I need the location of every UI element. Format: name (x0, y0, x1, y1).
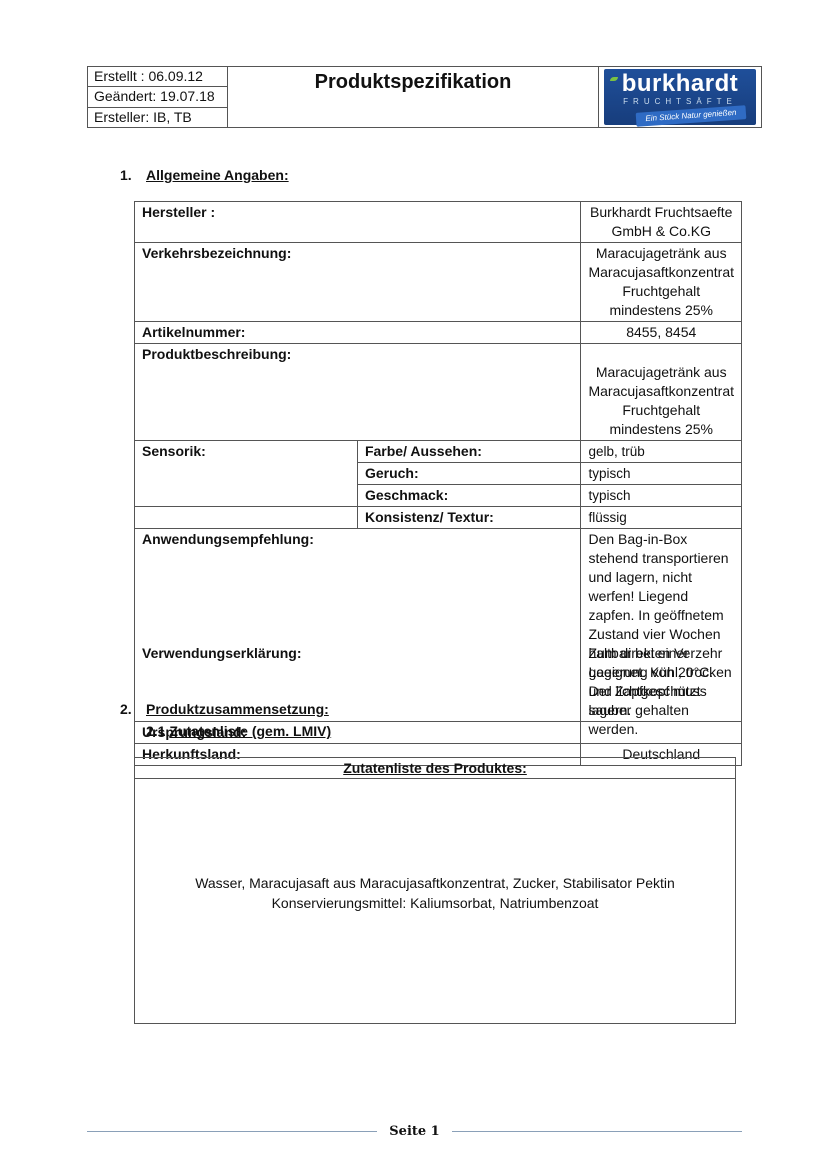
value-artikel: 8455, 8454 (581, 322, 742, 344)
label-hersteller: Hersteller : (135, 202, 581, 243)
section-1-heading: 1.Allgemeine Angaben: (120, 167, 289, 183)
ingredients-line: Konservierungsmittel: Kaliumsorbat, Natr… (135, 893, 735, 913)
value-line: Fruchtgehalt mindestens 25% (588, 401, 734, 439)
subsection-number: 2.1 (146, 723, 165, 739)
section-number: 2. (120, 701, 146, 717)
sensorik-value: gelb, trüb (581, 441, 742, 463)
footer-rule (452, 1131, 742, 1132)
value-hersteller: Burkhardt Fruchtsaefte GmbH & Co.KG (581, 202, 742, 243)
table-row: Hersteller : Burkhardt Fruchtsaefte GmbH… (135, 202, 742, 243)
label-anwendung: Anwendungsempfehlung: (142, 530, 573, 549)
section-2-heading: 2.Produktzusammensetzung: (120, 701, 329, 717)
meta-block: Erstellt : 06.09.12 Geändert: 19.07.18 E… (88, 67, 228, 127)
table-row: Artikelnummer: 8455, 8454 (135, 322, 742, 344)
empty-cell (135, 507, 358, 529)
ingredients-line: Wasser, Maracujasaft aus Maracujasaftkon… (135, 873, 735, 893)
author: Ersteller: IB, TB (88, 108, 227, 127)
logo-brand: burkhardt (604, 69, 756, 97)
value-line: Maracujagetränk aus Maracujasaftkonzentr… (588, 363, 734, 401)
value-anwendung: Den Bag-in-Box stehend transportieren un… (588, 530, 734, 644)
changed-date: Geändert: 19.07.18 (88, 87, 227, 107)
section-2-1-heading: 2.1 Zutatenliste (gem. LMIV) (146, 723, 331, 739)
value-anwendung-verwendung: Den Bag-in-Box stehend transportieren un… (581, 529, 742, 722)
table-row: Anwendungsempfehlung: Verwendungserkläru… (135, 529, 742, 722)
section-title: Produktzusammensetzung: (146, 701, 329, 717)
general-info-table: Hersteller : Burkhardt Fruchtsaefte GmbH… (134, 201, 742, 766)
label-anwendung-verwendung: Anwendungsempfehlung: Verwendungserkläru… (135, 529, 581, 722)
created-date: Erstellt : 06.09.12 (88, 67, 227, 87)
subsection-title: Zutatenliste (gem. LMIV) (169, 723, 331, 739)
logo-cell: burkhardt FRUCHTSÄFTE Ein Stück Natur ge… (599, 67, 761, 127)
sensorik-label: Konsistenz/ Textur: (357, 507, 581, 529)
table-row: Produktbeschreibung: Maracujagetränk aus… (135, 344, 742, 441)
page-footer: Seite 1 (87, 1124, 742, 1139)
label-artikel: Artikelnummer: (135, 322, 581, 344)
label-verkehr: Verkehrsbezeichnung: (135, 243, 581, 322)
value-verkehr: Maracujagetränk aus Maracujasaftkonzentr… (581, 243, 742, 322)
burkhardt-logo: burkhardt FRUCHTSÄFTE Ein Stück Natur ge… (604, 69, 756, 125)
sensorik-label: Geruch: (357, 463, 581, 485)
ingredients-body: Wasser, Maracujasaft aus Maracujasaftkon… (135, 779, 735, 913)
sensorik-label: Farbe/ Aussehen: (357, 441, 581, 463)
footer-rule (87, 1131, 377, 1132)
document-header: Erstellt : 06.09.12 Geändert: 19.07.18 E… (87, 66, 762, 128)
sensorik-value: typisch (581, 463, 742, 485)
document-title: Produktspezifikation (228, 67, 599, 127)
table-row: Sensorik: Farbe/ Aussehen: gelb, trüb (135, 441, 742, 463)
ingredients-box: Zutatenliste des Produktes: Wasser, Mara… (134, 757, 736, 1024)
value-line: Maracujagetränk aus Maracujasaftkonzentr… (588, 244, 734, 282)
value-line: Fruchtgehalt mindestens 25% (588, 282, 734, 320)
label-sensorik: Sensorik: (135, 441, 358, 507)
sensorik-value: typisch (581, 485, 742, 507)
table-row: Verkehrsbezeichnung: Maracujagetränk aus… (135, 243, 742, 322)
sensorik-value: flüssig (581, 507, 742, 529)
label-beschreibung: Produktbeschreibung: (135, 344, 581, 441)
section-title: Allgemeine Angaben: (146, 167, 289, 183)
page-number: Seite 1 (377, 1124, 451, 1139)
value-beschreibung: Maracujagetränk aus Maracujasaftkonzentr… (581, 344, 742, 441)
table-row: Konsistenz/ Textur: flüssig (135, 507, 742, 529)
ingredients-header: Zutatenliste des Produktes: (135, 758, 735, 779)
label-verwendung: Verwendungserklärung: (142, 644, 573, 663)
logo-slogan: Ein Stück Natur genießen (636, 105, 747, 127)
sensorik-label: Geschmack: (357, 485, 581, 507)
section-number: 1. (120, 167, 146, 183)
